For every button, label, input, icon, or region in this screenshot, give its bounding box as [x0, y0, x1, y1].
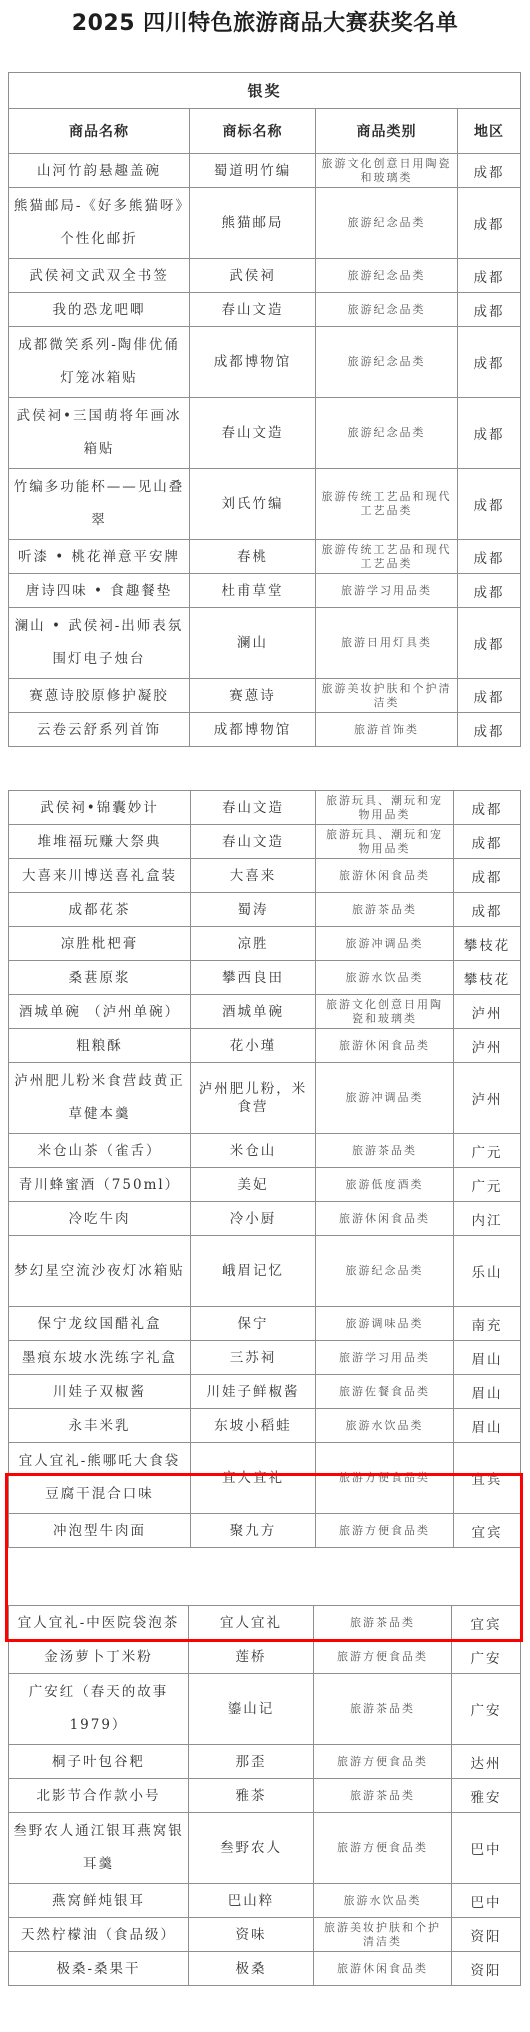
document-title: 2025 四川特色旅游商品大赛获奖名单 [0, 6, 530, 37]
category-cell: 旅游茶品类 [316, 1134, 454, 1168]
table-row: 冷吃牛肉冷小厨旅游休闲食品类内江 [9, 1202, 521, 1236]
award-table-continued-2: 宜人宜礼-中医院袋泡茶宜人宜礼旅游茶品类宜宾金汤萝卜丁米粉莲桥旅游方便食品类广安… [8, 1605, 521, 1986]
table-row: 云卷云舒系列首饰成都博物馆旅游首饰类成都 [9, 713, 521, 747]
product-name-cell: 北影节合作款小号 [9, 1779, 189, 1813]
region-cell: 内江 [454, 1202, 521, 1236]
category-cell: 旅游美妆护肤和个护清洁类 [316, 679, 458, 713]
table-row: 极桑-桑果干极桑旅游休闲食品类资阳 [9, 1952, 521, 1986]
table-row: 冲泡型牛肉面聚九方旅游方便食品类宜宾 [9, 1514, 521, 1548]
product-name-cell: 宜人宜礼-中医院袋泡茶 [9, 1606, 189, 1640]
product-name-cell: 熊猫邮局-《好多熊猫呀》个性化邮折 [9, 188, 190, 259]
table-row: 武侯祠•锦囊妙计春山文造旅游玩具、潮玩和宠物用品类成都 [9, 791, 521, 825]
brand-name-cell: 蜀涛 [191, 893, 316, 927]
product-name-cell: 听漆 • 桃花禅意平安牌 [9, 540, 190, 574]
category-cell: 旅游首饰类 [316, 713, 458, 747]
brand-name-cell: 聚九方 [191, 1514, 316, 1548]
brand-name-cell: 赛蒽诗 [190, 679, 316, 713]
category-cell: 旅游文化创意日用陶瓷和玻璃类 [316, 995, 454, 1029]
product-name-cell: 墨痕东坡水洗练字礼盒 [9, 1341, 191, 1375]
brand-name-cell: 巴山粹 [189, 1884, 314, 1918]
region-cell: 成都 [458, 540, 521, 574]
category-cell: 旅游玩具、潮玩和宠物用品类 [316, 791, 454, 825]
product-name-cell: 成都微笑系列-陶俳优俑灯笼冰箱贴 [9, 327, 190, 398]
region-cell: 宜宾 [454, 1443, 521, 1514]
table-row: 宜人宜礼-中医院袋泡茶宜人宜礼旅游茶品类宜宾 [9, 1606, 521, 1640]
region-cell: 广安 [452, 1640, 521, 1674]
table-row: 我的恐龙吧唧春山文造旅游纪念品类成都 [9, 293, 521, 327]
product-name-cell: 金汤萝卜丁米粉 [9, 1640, 189, 1674]
brand-name-cell: 成都博物馆 [190, 327, 316, 398]
region-cell: 成都 [458, 608, 521, 679]
table-row: 广安红（春天的故事1979）鎏山记旅游茶品类广安 [9, 1674, 521, 1745]
product-name-cell: 永丰米乳 [9, 1409, 191, 1443]
brand-name-cell: 三苏祠 [191, 1341, 316, 1375]
region-cell: 乐山 [454, 1236, 521, 1307]
table-row: 米仓山茶（雀舌）米仓山旅游茶品类广元 [9, 1134, 521, 1168]
product-name-cell: 冲泡型牛肉面 [9, 1514, 191, 1548]
region-cell: 成都 [458, 398, 521, 469]
category-cell: 旅游方便食品类 [314, 1745, 452, 1779]
brand-name-cell: 花小瑾 [191, 1029, 316, 1063]
award-level-banner: 银奖 [9, 73, 521, 109]
product-name-cell: 桐子叶包谷粑 [9, 1745, 189, 1779]
region-cell: 成都 [458, 713, 521, 747]
table-row: 燕窝鲜炖银耳巴山粹旅游水饮品类巴中 [9, 1884, 521, 1918]
region-cell: 成都 [458, 574, 521, 608]
product-name-cell: 米仓山茶（雀舌） [9, 1134, 191, 1168]
category-cell: 旅游纪念品类 [316, 398, 458, 469]
product-name-cell: 大喜来川博送喜礼盒装 [9, 859, 191, 893]
region-cell: 雅安 [452, 1779, 521, 1813]
product-name-cell: 武侯祠文武双全书签 [9, 259, 190, 293]
category-cell: 旅游休闲食品类 [316, 1029, 454, 1063]
table-row: 熊猫邮局-《好多熊猫呀》个性化邮折熊猫邮局旅游纪念品类成都 [9, 188, 521, 259]
brand-name-cell: 冷小厨 [191, 1202, 316, 1236]
brand-name-cell: 宜人宜礼 [189, 1606, 314, 1640]
table-row: 武侯祠•三国萌将年画冰箱贴春山文造旅游纪念品类成都 [9, 398, 521, 469]
brand-name-cell: 鎏山记 [189, 1674, 314, 1745]
brand-name-cell: 极桑 [189, 1952, 314, 1986]
product-name-cell: 澜山 • 武侯祠-出师表氛围灯电子烛台 [9, 608, 190, 679]
table-row: 泸州肥儿粉米食营歧黄正草健本羹泸州肥儿粉，米食营旅游冲调品类泸州 [9, 1063, 521, 1134]
brand-name-cell: 雅茶 [189, 1779, 314, 1813]
brand-name-cell: 成都博物馆 [190, 713, 316, 747]
brand-name-cell: 酒城单碗 [191, 995, 316, 1029]
region-cell: 眉山 [454, 1409, 521, 1443]
product-name-cell: 酒城单碗 （泸州单碗） [9, 995, 191, 1029]
award-table-silver: 银奖 商品名称 商标名称 商品类别 地区 山河竹韵悬趣盖碗蜀道明竹编旅游文化创意… [8, 72, 521, 747]
product-name-cell: 武侯祠•锦囊妙计 [9, 791, 191, 825]
brand-name-cell: 川娃子鲜椒酱 [191, 1375, 316, 1409]
region-cell: 攀枝花 [454, 927, 521, 961]
category-cell: 旅游纪念品类 [316, 327, 458, 398]
region-cell: 眉山 [454, 1375, 521, 1409]
product-name-cell: 燕窝鲜炖银耳 [9, 1884, 189, 1918]
category-cell: 旅游休闲食品类 [316, 1202, 454, 1236]
product-name-cell: 梦幻星空流沙夜灯冰箱贴 [9, 1236, 191, 1307]
category-cell: 旅游方便食品类 [314, 1813, 452, 1884]
table-row: 北影节合作款小号雅茶旅游茶品类雅安 [9, 1779, 521, 1813]
product-name-cell: 桑葚原浆 [9, 961, 191, 995]
brand-name-cell: 春山文造 [190, 398, 316, 469]
region-cell: 成都 [458, 679, 521, 713]
region-cell: 泸州 [454, 995, 521, 1029]
product-name-cell: 山河竹韵悬趣盖碗 [9, 154, 190, 188]
table-row: 唐诗四味 • 食趣餐垫杜甫草堂旅游学习用品类成都 [9, 574, 521, 608]
region-cell: 南充 [454, 1307, 521, 1341]
table-row: 赛蒽诗胶原修护凝胶赛蒽诗旅游美妆护肤和个护清洁类成都 [9, 679, 521, 713]
table-row: 酒城单碗 （泸州单碗）酒城单碗旅游文化创意日用陶瓷和玻璃类泸州 [9, 995, 521, 1029]
product-name-cell: 广安红（春天的故事1979） [9, 1674, 189, 1745]
category-cell: 旅游传统工艺品和现代工艺品类 [316, 540, 458, 574]
table-row: 永丰米乳东坡小稻蛙旅游水饮品类眉山 [9, 1409, 521, 1443]
category-cell: 旅游学习用品类 [316, 1341, 454, 1375]
brand-name-cell: 春山文造 [191, 791, 316, 825]
category-cell: 旅游方便食品类 [316, 1443, 454, 1514]
region-cell: 广元 [454, 1134, 521, 1168]
category-cell: 旅游茶品类 [316, 893, 454, 927]
region-cell: 巴中 [452, 1884, 521, 1918]
category-cell: 旅游纪念品类 [316, 1236, 454, 1307]
region-cell: 宜宾 [452, 1606, 521, 1640]
category-cell: 旅游纪念品类 [316, 188, 458, 259]
brand-name-cell: 东坡小稻蛙 [191, 1409, 316, 1443]
product-name-cell: 粗粮酥 [9, 1029, 191, 1063]
category-cell: 旅游休闲食品类 [316, 859, 454, 893]
product-name-cell: 极桑-桑果干 [9, 1952, 189, 1986]
category-cell: 旅游方便食品类 [316, 1514, 454, 1548]
table-row: 桑葚原浆攀西良田旅游水饮品类攀枝花 [9, 961, 521, 995]
brand-name-cell: 杜甫草堂 [190, 574, 316, 608]
table-row: 大喜来川博送喜礼盒装大喜来旅游休闲食品类成都 [9, 859, 521, 893]
region-cell: 眉山 [454, 1341, 521, 1375]
region-cell: 成都 [458, 327, 521, 398]
category-cell: 旅游纪念品类 [316, 293, 458, 327]
award-table-continued: 武侯祠•锦囊妙计春山文造旅游玩具、潮玩和宠物用品类成都堆堆福玩赚大祭典春山文造旅… [8, 790, 521, 1548]
product-name-cell: 竹编多功能杯——见山叠翠 [9, 469, 190, 540]
brand-name-cell: 米仓山 [191, 1134, 316, 1168]
brand-name-cell: 熊猫邮局 [190, 188, 316, 259]
product-name-cell: 天然柠檬油（食品级） [9, 1918, 189, 1952]
region-cell: 泸州 [454, 1063, 521, 1134]
brand-name-cell: 泸州肥儿粉，米食营 [191, 1063, 316, 1134]
category-cell: 旅游纪念品类 [316, 259, 458, 293]
region-cell: 广安 [452, 1674, 521, 1745]
category-cell: 旅游低度酒类 [316, 1168, 454, 1202]
brand-name-cell: 春山文造 [190, 293, 316, 327]
category-cell: 旅游休闲食品类 [314, 1952, 452, 1986]
brand-name-cell: 大喜来 [191, 859, 316, 893]
category-cell: 旅游冲调品类 [316, 927, 454, 961]
column-header-brand-name: 商标名称 [190, 109, 316, 154]
product-name-cell: 唐诗四味 • 食趣餐垫 [9, 574, 190, 608]
product-name-cell: 冷吃牛肉 [9, 1202, 191, 1236]
table-row: 保宁龙纹国醋礼盒保宁旅游调味品类南充 [9, 1307, 521, 1341]
table-row: 凉胜枇杷膏凉胜旅游冲调品类攀枝花 [9, 927, 521, 961]
brand-name-cell: 攀西良田 [191, 961, 316, 995]
table-row: 墨痕东坡水洗练字礼盒三苏祠旅游学习用品类眉山 [9, 1341, 521, 1375]
product-name-cell: 青川蜂蜜酒（750ml） [9, 1168, 191, 1202]
brand-name-cell: 保宁 [191, 1307, 316, 1341]
category-cell: 旅游传统工艺品和现代工艺品类 [316, 469, 458, 540]
category-cell: 旅游水饮品类 [316, 1409, 454, 1443]
region-cell: 成都 [458, 188, 521, 259]
table-row: 天然柠檬油（食品级）资味旅游美妆护肤和个护清洁类资阳 [9, 1918, 521, 1952]
category-cell: 旅游方便食品类 [314, 1640, 452, 1674]
category-cell: 旅游调味品类 [316, 1307, 454, 1341]
brand-name-cell: 宜人宜礼 [191, 1443, 316, 1514]
region-cell: 成都 [458, 154, 521, 188]
product-name-cell: 川娃子双椒酱 [9, 1375, 191, 1409]
region-cell: 成都 [454, 825, 521, 859]
category-cell: 旅游水饮品类 [316, 961, 454, 995]
table-row: 宜人宜礼-熊哪吒大食袋豆腐干混合口味宜人宜礼旅游方便食品类宜宾 [9, 1443, 521, 1514]
brand-name-cell: 那歪 [189, 1745, 314, 1779]
table-row: 听漆 • 桃花禅意平安牌春桃旅游传统工艺品和现代工艺品类成都 [9, 540, 521, 574]
category-cell: 旅游文化创意日用陶瓷和玻璃类 [316, 154, 458, 188]
brand-name-cell: 叁野农人 [189, 1813, 314, 1884]
table-row: 成都微笑系列-陶俳优俑灯笼冰箱贴成都博物馆旅游纪念品类成都 [9, 327, 521, 398]
region-cell: 成都 [454, 893, 521, 927]
table-header-row: 商品名称 商标名称 商品类别 地区 [9, 109, 521, 154]
brand-name-cell: 澜山 [190, 608, 316, 679]
region-cell: 资阳 [452, 1952, 521, 1986]
region-cell: 攀枝花 [454, 961, 521, 995]
category-cell: 旅游茶品类 [314, 1606, 452, 1640]
category-cell: 旅游学习用品类 [316, 574, 458, 608]
table-row: 竹编多功能杯——见山叠翠刘氏竹编旅游传统工艺品和现代工艺品类成都 [9, 469, 521, 540]
brand-name-cell: 资味 [189, 1918, 314, 1952]
product-name-cell: 云卷云舒系列首饰 [9, 713, 190, 747]
product-name-cell: 保宁龙纹国醋礼盒 [9, 1307, 191, 1341]
brand-name-cell: 春山文造 [191, 825, 316, 859]
table-row: 梦幻星空流沙夜灯冰箱贴峨眉记忆旅游纪念品类乐山 [9, 1236, 521, 1307]
region-cell: 资阳 [452, 1918, 521, 1952]
brand-name-cell: 蜀道明竹编 [190, 154, 316, 188]
category-cell: 旅游日用灯具类 [316, 608, 458, 679]
column-header-category: 商品类别 [316, 109, 458, 154]
brand-name-cell: 凉胜 [191, 927, 316, 961]
region-cell: 成都 [458, 293, 521, 327]
region-cell: 成都 [454, 859, 521, 893]
region-cell: 成都 [458, 469, 521, 540]
table-row: 堆堆福玩赚大祭典春山文造旅游玩具、潮玩和宠物用品类成都 [9, 825, 521, 859]
product-name-cell: 叁野农人通江银耳燕窝银耳羹 [9, 1813, 189, 1884]
category-cell: 旅游水饮品类 [314, 1884, 452, 1918]
table-row: 澜山 • 武侯祠-出师表氛围灯电子烛台澜山旅游日用灯具类成都 [9, 608, 521, 679]
table-row: 叁野农人通江银耳燕窝银耳羹叁野农人旅游方便食品类巴中 [9, 1813, 521, 1884]
brand-name-cell: 莲桥 [189, 1640, 314, 1674]
table-row: 川娃子双椒酱川娃子鲜椒酱旅游佐餐食品类眉山 [9, 1375, 521, 1409]
product-name-cell: 武侯祠•三国萌将年画冰箱贴 [9, 398, 190, 469]
product-name-cell: 凉胜枇杷膏 [9, 927, 191, 961]
product-name-cell: 堆堆福玩赚大祭典 [9, 825, 191, 859]
column-header-region: 地区 [458, 109, 521, 154]
table-row: 成都花茶蜀涛旅游茶品类成都 [9, 893, 521, 927]
region-cell: 达州 [452, 1745, 521, 1779]
table-row: 山河竹韵悬趣盖碗蜀道明竹编旅游文化创意日用陶瓷和玻璃类成都 [9, 154, 521, 188]
table-row: 武侯祠文武双全书签武侯祠旅游纪念品类成都 [9, 259, 521, 293]
brand-name-cell: 武侯祠 [190, 259, 316, 293]
product-name-cell: 成都花茶 [9, 893, 191, 927]
brand-name-cell: 春桃 [190, 540, 316, 574]
product-name-cell: 泸州肥儿粉米食营歧黄正草健本羹 [9, 1063, 191, 1134]
table-row: 粗粮酥花小瑾旅游休闲食品类泸州 [9, 1029, 521, 1063]
region-cell: 宜宾 [454, 1514, 521, 1548]
product-name-cell: 赛蒽诗胶原修护凝胶 [9, 679, 190, 713]
region-cell: 成都 [458, 259, 521, 293]
category-cell: 旅游美妆护肤和个护清洁类 [314, 1918, 452, 1952]
brand-name-cell: 刘氏竹编 [190, 469, 316, 540]
brand-name-cell: 美妃 [191, 1168, 316, 1202]
column-header-product-name: 商品名称 [9, 109, 190, 154]
product-name-cell: 我的恐龙吧唧 [9, 293, 190, 327]
category-cell: 旅游佐餐食品类 [316, 1375, 454, 1409]
region-cell: 巴中 [452, 1813, 521, 1884]
table-row: 青川蜂蜜酒（750ml）美妃旅游低度酒类广元 [9, 1168, 521, 1202]
region-cell: 成都 [454, 791, 521, 825]
table-row: 桐子叶包谷粑那歪旅游方便食品类达州 [9, 1745, 521, 1779]
product-name-cell: 宜人宜礼-熊哪吒大食袋豆腐干混合口味 [9, 1443, 191, 1514]
region-cell: 广元 [454, 1168, 521, 1202]
region-cell: 泸州 [454, 1029, 521, 1063]
table-row: 金汤萝卜丁米粉莲桥旅游方便食品类广安 [9, 1640, 521, 1674]
category-cell: 旅游茶品类 [314, 1779, 452, 1813]
brand-name-cell: 峨眉记忆 [191, 1236, 316, 1307]
category-cell: 旅游玩具、潮玩和宠物用品类 [316, 825, 454, 859]
category-cell: 旅游冲调品类 [316, 1063, 454, 1134]
category-cell: 旅游茶品类 [314, 1674, 452, 1745]
